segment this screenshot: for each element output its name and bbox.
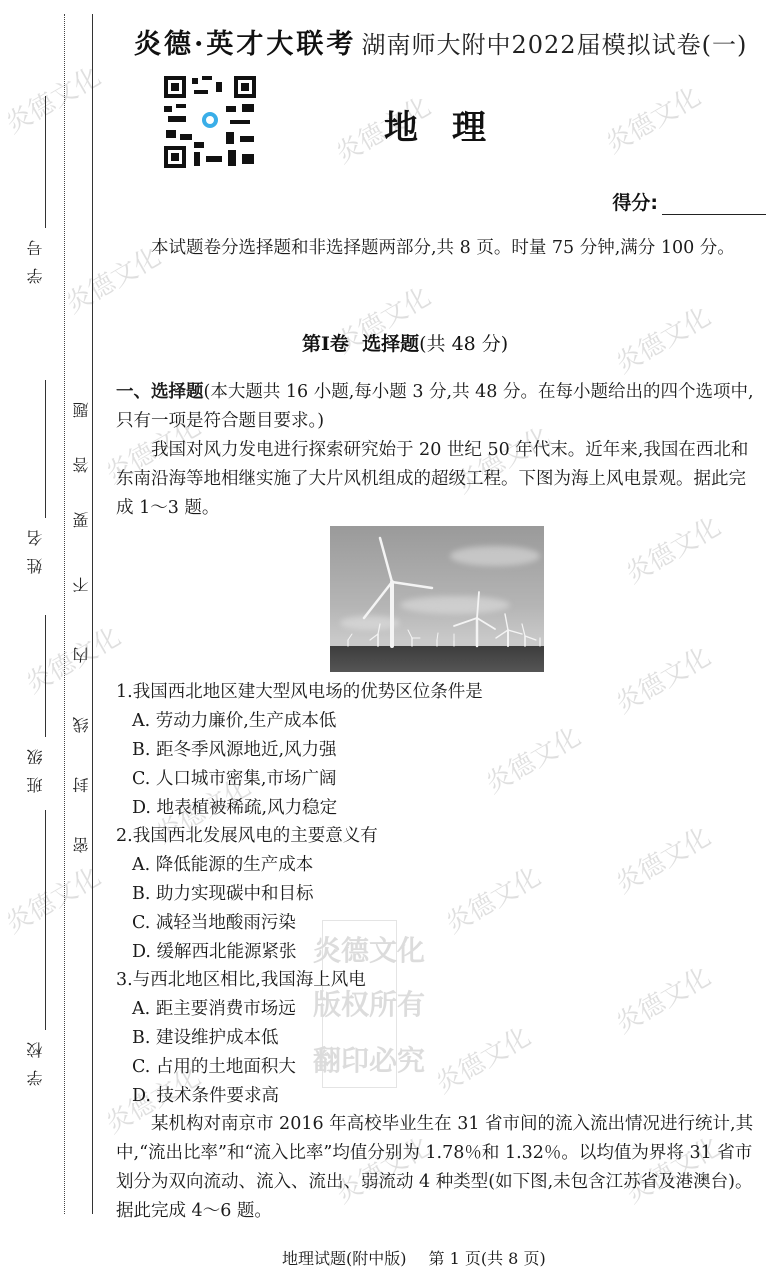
option-a[interactable]: A. 距主要消费市场远	[116, 995, 366, 1024]
option-d[interactable]: D. 缓解西北能源紧张	[116, 938, 378, 967]
watermark-text: 炎德文化	[428, 1016, 537, 1100]
question-stem: 与西北地区相比,我国海上风电	[133, 970, 366, 990]
watermark-text: 炎德文化	[608, 956, 717, 1040]
school-field[interactable]: 学校	[22, 810, 48, 1086]
brand-name: 炎德·英才大联考	[134, 29, 356, 60]
question-stem: 我国西北发展风电的主要意义有	[133, 826, 378, 846]
passage-graduate-flow: 某机构对南京市 2016 年高校毕业生在 31 省市间的流入流出情况进行统计,其…	[116, 1110, 762, 1226]
section-title: 第Ⅰ卷 选择题(共 48 分)	[302, 329, 508, 356]
option-b[interactable]: B. 建设维护成本低	[116, 1024, 366, 1053]
name-field[interactable]: 姓名	[22, 380, 48, 574]
question-1: 1.我国西北地区建大型风电场的优势区位条件是 A. 劳动力廉价,生产成本低 B.…	[116, 678, 483, 823]
question-number: 3.	[116, 970, 133, 990]
dotted-cut-line	[64, 14, 65, 1214]
wind-turbine-photo	[330, 526, 544, 672]
footer-page-number: 第 1 页(共 8 页)	[429, 1249, 546, 1268]
option-a[interactable]: A. 劳动力廉价,生产成本低	[116, 707, 483, 736]
part-one-instructions: 一、选择题(本大题共 16 小题,每小题 3 分,共 48 分。在每小题给出的四…	[116, 378, 762, 436]
exam-intro: 本试题卷分选择题和非选择题两部分,共 8 页。时量 75 分钟,满分 100 分…	[116, 234, 762, 263]
wind-turbines-graphic	[330, 526, 544, 672]
question-number: 2.	[116, 826, 133, 846]
seal-char: 不	[70, 555, 93, 615]
option-a[interactable]: A. 降低能源的生产成本	[116, 851, 378, 880]
seal-char: 内	[70, 625, 93, 685]
subject-title: 地理	[384, 100, 520, 149]
student-id-label: 学号	[24, 228, 47, 284]
option-b[interactable]: B. 距冬季风源地近,风力强	[116, 736, 483, 765]
class-field[interactable]: 班级	[22, 615, 48, 793]
score-field: 得分:	[612, 188, 766, 215]
name-label: 姓名	[24, 518, 47, 574]
seal-char: 答	[70, 435, 93, 495]
score-blank[interactable]	[662, 193, 766, 215]
question-2: 2.我国西北发展风电的主要意义有 A. 降低能源的生产成本 B. 助力实现碳中和…	[116, 822, 378, 967]
option-d[interactable]: D. 技术条件要求高	[116, 1082, 366, 1111]
option-c[interactable]: C. 人口城市密集,市场广阔	[116, 765, 483, 794]
option-c[interactable]: C. 减轻当地酸雨污染	[116, 909, 378, 938]
student-id-field[interactable]: 学号	[22, 96, 48, 284]
qr-code-icon[interactable]	[164, 76, 256, 168]
watermark-text: 炎德文化	[608, 296, 717, 380]
exam-header: 炎德·英才大联考 湖南师大附中2022届模拟试卷(一)	[134, 22, 747, 61]
page-footer: 地理试题(附中版)第 1 页(共 8 页)	[282, 1246, 546, 1269]
question-3: 3.与西北地区相比,我国海上风电 A. 距主要消费市场远 B. 建设维护成本低 …	[116, 966, 366, 1111]
question-number: 1.	[116, 682, 133, 702]
class-blank[interactable]	[45, 615, 46, 737]
option-c[interactable]: C. 占用的土地面积大	[116, 1053, 366, 1082]
seal-char: 要	[70, 490, 93, 550]
watermark-text: 炎德文化	[608, 816, 717, 900]
score-label: 得分:	[612, 188, 658, 215]
name-blank[interactable]	[45, 380, 46, 518]
option-d[interactable]: D. 地表植被稀疏,风力稳定	[116, 794, 483, 823]
binding-margin: 学号 姓名 班级 学校 密 封 线 内 不 要 答 题	[0, 0, 96, 1288]
seal-char: 线	[70, 695, 93, 755]
question-stem: 我国西北地区建大型风电场的优势区位条件是	[133, 682, 483, 702]
seal-char: 封	[70, 755, 93, 815]
section-points: (共 48 分)	[419, 333, 508, 355]
student-id-blank[interactable]	[45, 96, 46, 228]
watermark-text: 炎德文化	[598, 76, 707, 160]
school-label: 学校	[24, 1030, 47, 1086]
footer-doc-name: 地理试题(附中版)	[282, 1249, 407, 1268]
exam-title: 湖南师大附中2022届模拟试卷(一)	[362, 31, 748, 59]
class-label: 班级	[24, 737, 47, 793]
school-blank[interactable]	[45, 810, 46, 1030]
section-name: 第Ⅰ卷 选择题	[302, 333, 419, 355]
part-heading: 一、选择题	[116, 382, 204, 402]
seal-char: 密	[70, 815, 93, 875]
watermark-text: 炎德文化	[438, 856, 547, 940]
watermark-text: 炎德文化	[478, 716, 587, 800]
watermark-text: 炎德文化	[608, 636, 717, 720]
option-b[interactable]: B. 助力实现碳中和目标	[116, 880, 378, 909]
seal-char: 题	[70, 380, 93, 440]
part-instructions: (本大题共 16 小题,每小题 3 分,共 48 分。在每小题给出的四个选项中,…	[116, 382, 754, 431]
passage-wind-power: 我国对风力发电进行探索研究始于 20 世纪 50 年代末。近年来,我国在西北和东…	[116, 436, 762, 523]
